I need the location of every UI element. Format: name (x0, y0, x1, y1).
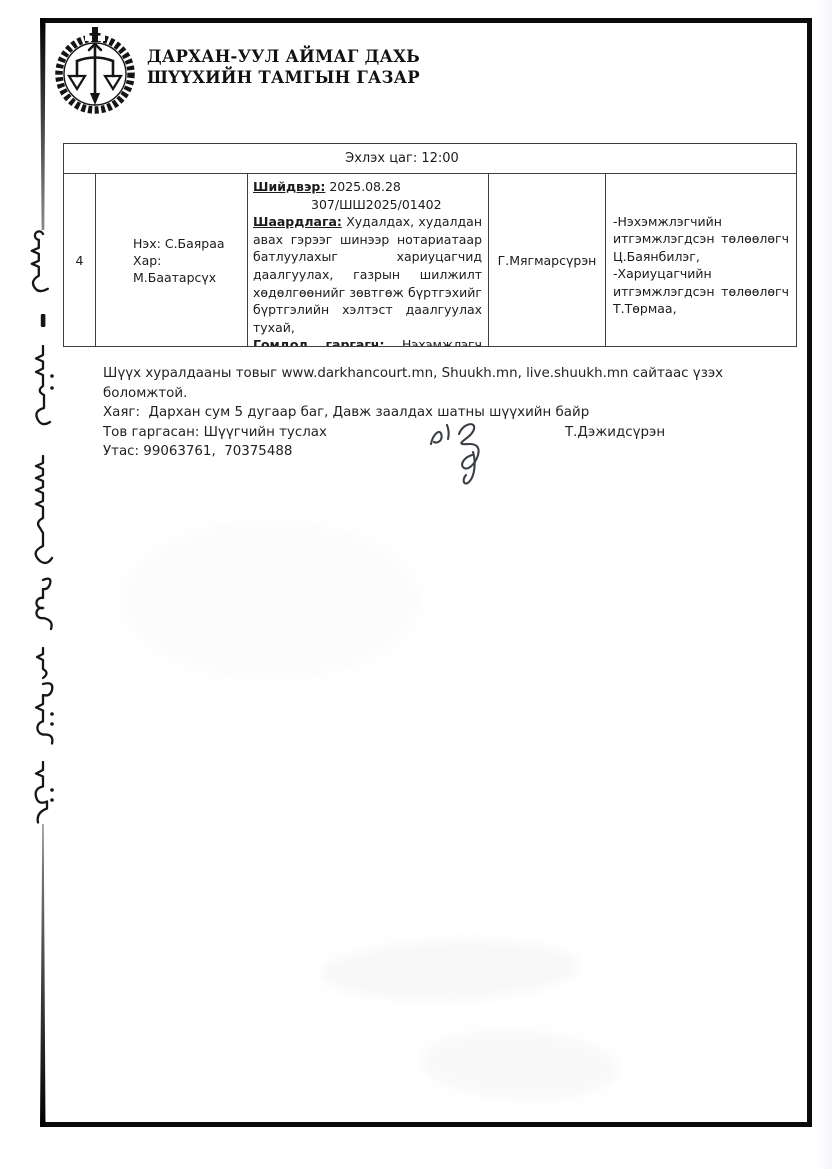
table-header-row: Эхлэх цаг: 12:00 (64, 144, 796, 174)
cell-case-details: Шийдвэр: 2025.08.28 307/ШШ2025/01402 Шаа… (248, 174, 489, 346)
table-row: 4 Нэх: С.Баяраа Хар: М.Баатарсүх Шийдвэр… (64, 174, 796, 346)
scan-page-edge (816, 0, 832, 1169)
decision-label: Шийдвэр: (253, 179, 325, 194)
complaint-label: Гомдол гаргагч: (253, 337, 384, 346)
case-number: 4 (76, 253, 84, 268)
judge-name: Г.Мягмарсүрэн (498, 253, 597, 268)
plaintiff: Нэх: С.Баяраа (133, 235, 247, 252)
signature-icon (425, 412, 505, 490)
cell-participants: -Нэхэмжлэгчийн итгэмжлэгдсэн төлөөлөгч Ц… (606, 174, 796, 346)
cell-case-number: 4 (64, 174, 96, 346)
issuer-name: Т.Дэжидсүрэн (565, 423, 665, 443)
decision-number: 307/ШШ2025/01402 (253, 196, 482, 214)
scanned-court-document: { "colors":{"frame":"#0b0b0b","table_bor… (0, 0, 832, 1169)
participant-defendant-rep: -Хариуцагчийн итгэмжлэгдсэн төлөөлөгч Т.… (613, 265, 789, 317)
issued-by-label: Тов гаргасан: Шүүгчийн туслах (103, 425, 327, 440)
claim-paragraph: Шаардлага: Худалдах, худалдан авах гэрээ… (253, 213, 482, 336)
justice-scales-wreath-logo-icon (48, 26, 142, 116)
decision-date: 2025.08.28 (329, 179, 401, 194)
start-time-label: Эхлэх цаг: 12:00 (345, 151, 459, 166)
org-name-line1: ДАРХАН-УУЛ АЙМАГ ДАХЬ (147, 46, 420, 67)
complaint-paragraph: Гомдол гаргагч: Нэхэмжлэгч С.Баяраа (253, 336, 482, 346)
cell-judge: Г.Мягмарсүрэн (489, 174, 606, 346)
org-name-line2: ШҮҮХИЙН ТАМГЫН ГАЗАР (147, 67, 420, 88)
decision-line: Шийдвэр: 2025.08.28 (253, 178, 482, 196)
mongolian-script-border-icon (16, 18, 68, 1127)
participant-plaintiff-rep: -Нэхэмжлэгчийн итгэмжлэгдсэн төлөөлөгч Ц… (613, 213, 789, 265)
defendant: Хар: М.Баатарсүх (133, 252, 247, 286)
hearing-schedule-table: Эхлэх цаг: 12:00 4 Нэх: С.Баяраа Хар: М.… (63, 143, 797, 347)
claim-label: Шаардлага: (253, 214, 342, 229)
org-name: ДАРХАН-УУЛ АЙМАГ ДАХЬ ШҮҮХИЙН ТАМГЫН ГАЗ… (147, 46, 420, 88)
cell-parties: Нэх: С.Баяраа Хар: М.Баатарсүх (96, 174, 248, 346)
claim-text: Худалдах, худалдан авах гэрээг шинээр но… (253, 214, 482, 335)
schedule-website-note: Шүүх хуралдааны товыг www.darkhancourt.m… (103, 364, 783, 403)
